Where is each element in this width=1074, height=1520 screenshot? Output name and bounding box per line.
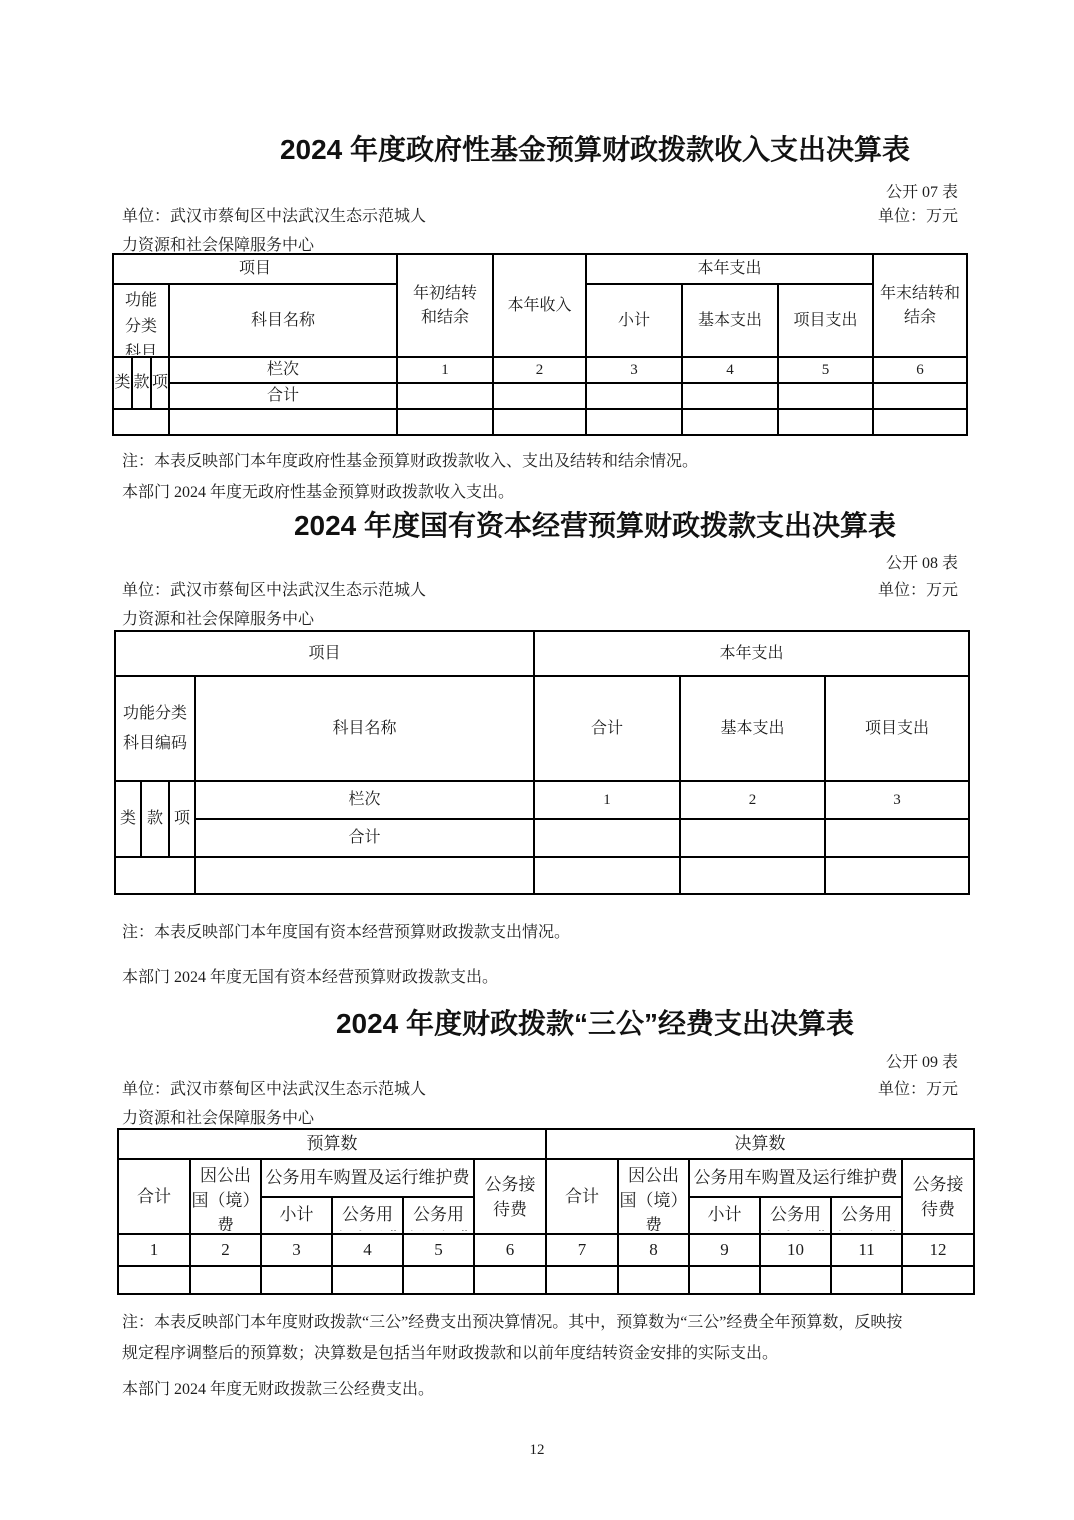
empty-cell [778,383,873,409]
empty-cell [689,1266,760,1294]
t1-header-closing-balance: 年末结转和 结余 [873,254,967,357]
three-public-table: 预算数 决算数 合计 因公出 国（境） 费 公务用车购置及运行维护费 公务接 待… [117,1128,975,1295]
t1-func-class-text: 功能 分类 科目 [114,285,168,355]
document-page: { "page_number": "12", "org_unit": { "la… [0,0,1074,1520]
empty-cell [682,383,778,409]
t3-col-number: 12 [902,1234,974,1266]
empty-cell [534,819,680,857]
empty-cell [546,1266,618,1294]
t1-col-number: 6 [873,357,967,383]
empty-cell [680,857,825,894]
section2-meta-row: 单位：武汉市蔡甸区中法武汉生态示范城人 单位：万元 [122,577,958,600]
empty-cell [586,409,682,435]
t2-header-func-class: 功能分类 科目编码 [115,676,195,781]
t2-header-total: 合计 [534,676,680,781]
t2-subcol-section: 款 [141,781,169,857]
t1-header-current-income: 本年收入 [493,254,586,357]
empty-cell [586,383,682,409]
section2-note2: 本部门 2024 年度无国有资本经营预算财政拨款支出。 [122,962,970,993]
t2-col-number: 1 [534,781,680,819]
t3-col-number: 8 [618,1234,689,1266]
empty-cell [190,1266,261,1294]
empty-cell [873,383,967,409]
empty-cell [831,1266,902,1294]
unit-of-measure: 单位：万元 [878,577,958,600]
section1-note1: 注：本表反映部门本年度政府性基金预算财政拨款收入、支出及结转和结余情况。 [122,446,970,477]
t3-col-number: 1 [118,1234,190,1266]
section2-note1: 注：本表反映部门本年度国有资本经营预算财政拨款支出情况。 [122,917,970,948]
t2-header-project-expense: 项目支出 [825,676,969,781]
t3-budget-vehicle-operation: 公务用 车运行费 [403,1197,474,1234]
empty-cell [169,409,397,435]
t1-total-label: 合计 [169,383,397,409]
state-capital-table: 项目 本年支出 功能分类 科目编码 科目名称 合计 基本支出 项目支出 类 款 … [114,630,970,895]
t2-col-number: 2 [680,781,825,819]
section3-note2: 本部门 2024 年度无财政拨款三公经费支出。 [122,1374,970,1405]
t3-col-number: 9 [689,1234,760,1266]
unit-name-line2: 力资源和社会保障服务中心 [122,232,314,255]
t3-vehicle-purchase-text: 公务用 车购置费 [761,1198,830,1231]
empty-cell [534,857,680,894]
t1-col-number: 4 [682,357,778,383]
empty-cell [873,409,967,435]
gov-fund-table: 项目 年初结转 和结余 本年收入 本年支出 年末结转和 结余 功能 分类 科目 … [112,253,968,436]
t2-col-number: 3 [825,781,969,819]
empty-cell [115,857,195,894]
unit-name-line1: 单位：武汉市蔡甸区中法武汉生态示范城人 [122,203,426,226]
t1-header-subject-name: 科目名称 [169,284,397,357]
t2-header-subject-name: 科目名称 [195,676,534,781]
t1-col-number: 3 [586,357,682,383]
t1-subcol-section: 款 [132,357,151,409]
section2-table-code: 公开 08 表 [112,550,958,573]
unit-of-measure: 单位：万元 [878,1076,958,1099]
unit-of-measure: 单位：万元 [878,203,958,226]
t3-final-vehicle-purchase: 公务用 车购置费 [760,1197,831,1234]
empty-cell [680,819,825,857]
t2-subcol-class: 类 [115,781,141,857]
t3-vehicle-subtotal-text: 小计 [262,1198,331,1231]
t1-subcol-item: 项 [151,357,169,409]
empty-cell [825,819,969,857]
t3-col-number: 5 [403,1234,474,1266]
t3-col-number: 2 [190,1234,261,1266]
t1-col-number: 2 [493,357,586,383]
section3-meta-row: 单位：武汉市蔡甸区中法武汉生态示范城人 单位：万元 [122,1076,958,1099]
t1-header-subtotal: 小计 [586,284,682,357]
t1-header-func-class: 功能 分类 科目 [113,284,169,357]
empty-cell [195,857,534,894]
t2-total-label: 合计 [195,819,534,857]
t3-final-total: 合计 [546,1159,618,1234]
empty-cell [493,383,586,409]
unit-name-line2: 力资源和社会保障服务中心 [122,1105,314,1128]
t3-header-budget: 预算数 [118,1129,546,1159]
t3-budget-total: 合计 [118,1159,190,1234]
unit-name-line1: 单位：武汉市蔡甸区中法武汉生态示范城人 [122,577,426,600]
empty-cell [118,1266,190,1294]
empty-cell [902,1266,974,1294]
t1-subcol-class: 类 [113,357,132,409]
t1-row-label: 栏次 [169,357,397,383]
t3-final-vehicle-operation: 公务用 车运行费 [831,1197,902,1234]
t3-budget-abroad-fee: 因公出 国（境） 费 [190,1159,261,1234]
section1-table-code: 公开 07 表 [112,179,958,202]
t3-final-vehicle-subtotal: 小计 [689,1197,760,1234]
unit-name-line1: 单位：武汉市蔡甸区中法武汉生态示范城人 [122,1076,426,1099]
empty-cell [397,409,493,435]
t3-abroad-fee-text: 因公出 国（境） 费 [191,1160,260,1231]
empty-cell [403,1266,474,1294]
t2-header-basic-expense: 基本支出 [680,676,825,781]
empty-cell [825,857,969,894]
t2-header-project: 项目 [115,631,534,676]
section1-note2: 本部门 2024 年度无政府性基金预算财政拨款收入支出。 [122,477,970,508]
t3-final-reception-fee: 公务接 待费 [902,1159,974,1234]
t3-col-number: 10 [760,1234,831,1266]
empty-cell [261,1266,332,1294]
t2-subcol-item: 项 [169,781,195,857]
t3-final-abroad-fee: 因公出 国（境） 费 [618,1159,689,1234]
t1-col-number: 5 [778,357,873,383]
t3-col-number: 6 [474,1234,546,1266]
t2-row-label: 栏次 [195,781,534,819]
t3-vehicle-subtotal-text: 小计 [690,1198,759,1231]
t3-vehicle-operation-text: 公务用 车运行费 [404,1198,473,1231]
section2-title: 2024 年度国有资本经营预算财政拨款支出决算表 [112,509,1074,543]
page-number: 12 [0,1442,1074,1459]
t1-header-project: 项目 [113,254,397,284]
unit-name-line2: 力资源和社会保障服务中心 [122,606,314,629]
section3-note1: 注：本表反映部门本年度财政拨款“三公”经费支出预决算情况。其中，预算数为“三公”… [122,1307,970,1369]
section1-title: 2024 年度政府性基金预算财政拨款收入支出决算表 [112,133,1074,167]
section1-meta-row: 单位：武汉市蔡甸区中法武汉生态示范城人 单位：万元 [122,203,958,226]
t1-col-number: 1 [397,357,493,383]
t3-vehicle-purchase-text: 公务用 车购置费 [333,1198,402,1231]
section3-title: 2024 年度财政拨款“三公”经费支出决算表 [112,1007,1074,1041]
t3-col-number: 4 [332,1234,403,1266]
t1-header-project-expense: 项目支出 [778,284,873,357]
section3-table-code: 公开 09 表 [112,1049,958,1072]
t1-header-opening-balance: 年初结转 和结余 [397,254,493,357]
t3-budget-vehicle-group: 公务用车购置及运行维护费 [261,1159,474,1197]
t2-header-current-expense: 本年支出 [534,631,969,676]
t1-header-current-expense: 本年支出 [586,254,873,284]
t3-final-vehicle-group: 公务用车购置及运行维护费 [689,1159,902,1197]
t3-vehicle-operation-text: 公务用 车运行费 [832,1198,901,1231]
t1-header-basic-expense: 基本支出 [682,284,778,357]
empty-cell [618,1266,689,1294]
t3-abroad-fee-text: 因公出 国（境） 费 [619,1160,688,1231]
t3-budget-vehicle-subtotal: 小计 [261,1197,332,1234]
t3-budget-vehicle-purchase: 公务用 车购置费 [332,1197,403,1234]
t3-col-number: 11 [831,1234,902,1266]
t3-header-final: 决算数 [546,1129,974,1159]
empty-cell [332,1266,403,1294]
empty-cell [113,409,169,435]
empty-cell [682,409,778,435]
empty-cell [778,409,873,435]
empty-cell [474,1266,546,1294]
empty-cell [397,383,493,409]
t3-col-number: 3 [261,1234,332,1266]
empty-cell [760,1266,831,1294]
t3-col-number: 7 [546,1234,618,1266]
t3-budget-reception-fee: 公务接 待费 [474,1159,546,1234]
empty-cell [493,409,586,435]
